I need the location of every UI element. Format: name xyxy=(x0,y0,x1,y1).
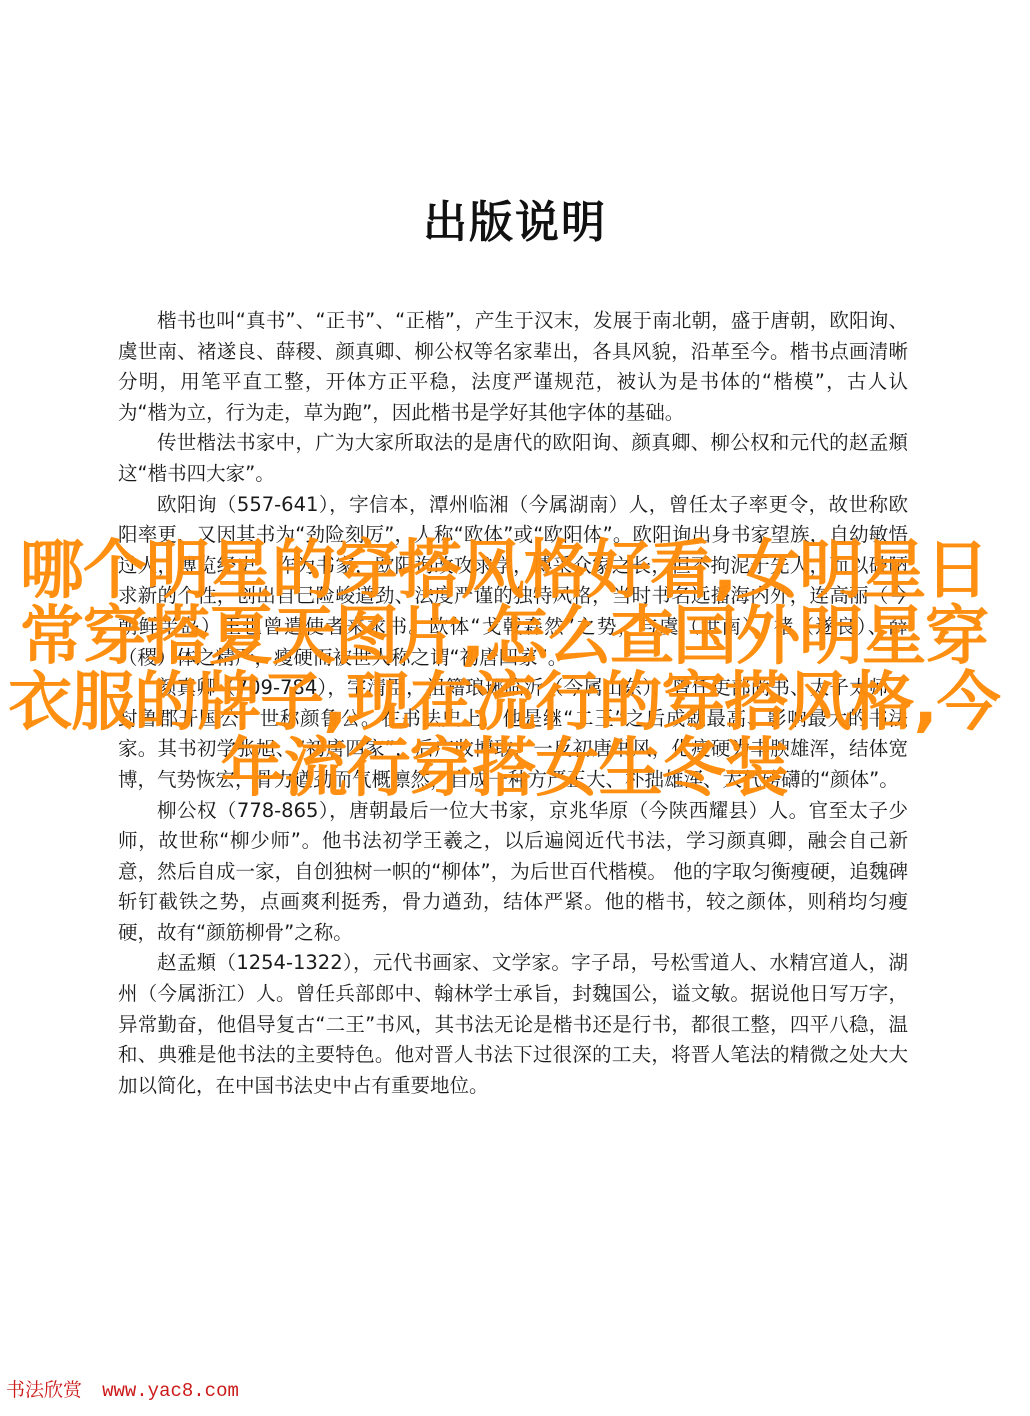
paragraph-intro: 楷书也叫“真书”、“正书”、“正楷”，产生于汉末，发展于南北朝，盛于唐朝，欧阳询… xyxy=(118,306,908,428)
watermark: 书法欣赏 www.yac8.com xyxy=(2,1373,243,1404)
watermark-site-name: 书法欣赏 xyxy=(6,1379,82,1401)
paragraph-zhao-mengfu: 赵孟頫（1254-1322），元代书画家、文学家。字子昂，号松雪道人、水精宫道人… xyxy=(118,948,908,1101)
paragraph-four-masters: 传世楷法书家中，广为大家所取法的是唐代的欧阳询、颜真卿、柳公权和元代的赵孟頫这“… xyxy=(118,428,908,489)
overlay-headline: 哪个明星的穿搭风格好看,女明星日常穿搭夏天图片,怎么查国外明星穿衣服的牌子,现在… xyxy=(4,538,1004,802)
page-title: 出版说明 xyxy=(0,186,1030,250)
paragraph-liu-gongquan: 柳公权（778-865），唐朝最后一位大书家，京兆华原（今陕西耀县）人。官至太子… xyxy=(118,796,908,949)
watermark-url: www.yac8.com xyxy=(102,1380,239,1402)
